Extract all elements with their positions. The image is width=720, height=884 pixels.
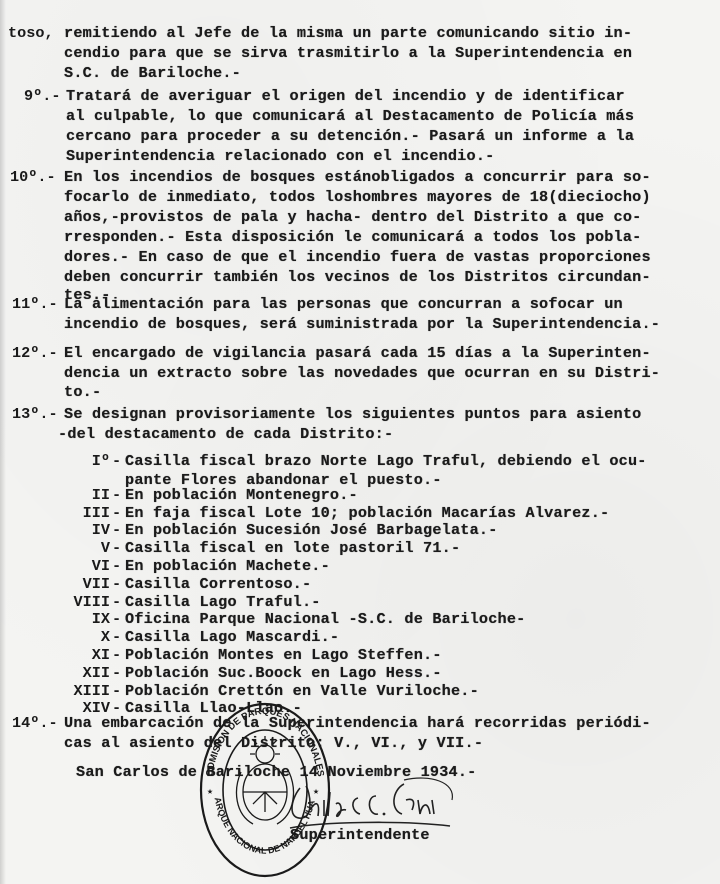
- district-numeral: VIII: [0, 593, 110, 611]
- text-line: años,-provistos de pala y hacha- dentro …: [64, 208, 641, 226]
- district-text: En faja fiscal Lote 10; población Macarí…: [125, 504, 609, 522]
- district-dash: -: [112, 539, 121, 557]
- text-line: En los incendios de bosques estánobligad…: [64, 168, 651, 186]
- district-text: Casilla fiscal brazo Norte Lago Traful, …: [125, 452, 647, 470]
- article-number: 9º.-: [24, 87, 60, 105]
- district-text: Población Crettón en Valle Vuriloche.-: [125, 682, 479, 700]
- district-numeral: VII: [0, 575, 110, 593]
- district-text: Población Montes en Lago Steffen.-: [125, 646, 442, 664]
- text-line: incendio de bosques, será suministrada p…: [64, 315, 660, 333]
- text-line: to.-: [64, 383, 101, 401]
- district-dash: -: [112, 628, 121, 646]
- stamp-star-icon: ★: [313, 787, 319, 798]
- district-text: Casilla Correntoso.-: [125, 575, 311, 593]
- district-text: En población Sucesión José Barbagelata.-: [125, 521, 498, 539]
- district-dash: -: [112, 575, 121, 593]
- article-number: 14º.-: [12, 714, 58, 732]
- official-stamp: COMISION DE PARQUES NACIONALES PARQUE NA…: [197, 700, 332, 880]
- district-numeral: VI: [0, 557, 110, 575]
- district-dash: -: [112, 504, 121, 522]
- district-text: Población Suc.Boock en Lago Hess.-: [125, 664, 442, 682]
- text-line: Una embarcación de la Superintendencia h…: [64, 714, 651, 732]
- text-line: La alimentación para las personas que co…: [64, 295, 623, 313]
- coat-of-arms-icon: [237, 736, 294, 824]
- continuation-lead: toso,: [8, 24, 54, 42]
- stamp-star-icon: ★: [207, 787, 213, 798]
- text-line: dencia un extracto sobre las novedades q…: [64, 364, 660, 382]
- text-line: S.C. de Bariloche.-: [64, 64, 241, 82]
- district-dash: -: [112, 486, 121, 504]
- text-line: rresponden.- Esta disposición le comunic…: [64, 228, 641, 246]
- article-number: 11º.-: [12, 295, 58, 313]
- district-dash: -: [112, 452, 121, 470]
- district-numeral: IX: [0, 610, 110, 628]
- district-text: Casilla fiscal en lote pastoril 71.-: [125, 539, 460, 557]
- district-numeral: III: [0, 504, 110, 522]
- district-dash: -: [112, 664, 121, 682]
- district-text: En población Machete.-: [125, 557, 330, 575]
- district-text: En población Montenegro.-: [125, 486, 358, 504]
- district-numeral: Iº: [0, 452, 110, 470]
- article-number: 13º.-: [12, 405, 58, 423]
- district-dash: -: [112, 646, 121, 664]
- district-numeral: X: [0, 628, 110, 646]
- document-page: toso, remitiendo al Jefe de la misma un …: [0, 0, 720, 884]
- text-line: Tratará de averiguar el origen del incen…: [66, 87, 625, 105]
- text-line: remitiendo al Jefe de la misma un parte …: [64, 24, 632, 42]
- district-numeral: IV: [0, 521, 110, 539]
- text-line: cercano para proceder a su detención.- P…: [66, 127, 634, 145]
- svg-text:COMISION DE PARQUES NACIONALES: COMISION DE PARQUES NACIONALES: [204, 706, 326, 777]
- district-text: Oficina Parque Nacional -S.C. de Bariloc…: [125, 610, 526, 628]
- article-number: 12º.-: [12, 344, 58, 362]
- district-numeral: V: [0, 539, 110, 557]
- text-line: dores.- En caso de que el incendio fuera…: [64, 248, 651, 266]
- district-text: Casilla Lago Traful.-: [125, 593, 321, 611]
- district-dash: -: [112, 593, 121, 611]
- district-dash: -: [112, 557, 121, 575]
- text-line: al culpable, lo que comunicará al Destac…: [66, 107, 634, 125]
- district-numeral: XI: [0, 646, 110, 664]
- district-numeral: XII: [0, 664, 110, 682]
- text-line: -del destacamento de cada Distrito:-: [58, 425, 393, 443]
- stamp-top-text: COMISION DE PARQUES NACIONALES: [204, 706, 326, 777]
- district-numeral: II: [0, 486, 110, 504]
- text-line: Superintendencia relacionado con el ince…: [66, 147, 494, 165]
- district-numeral: XIII: [0, 682, 110, 700]
- district-dash: -: [112, 521, 121, 539]
- text-line: cendio para que se sirva trasmitirlo a l…: [64, 44, 632, 62]
- district-text: Casilla Lago Mascardi.-: [125, 628, 339, 646]
- text-line: focarlo de inmediato, todos loshombres m…: [64, 188, 651, 206]
- text-line: deben concurrir también los vecinos de l…: [64, 268, 651, 286]
- district-dash: -: [112, 682, 121, 700]
- district-dash: -: [112, 610, 121, 628]
- scan-edge: [0, 0, 6, 884]
- article-number: 10º.-: [10, 168, 56, 186]
- text-line: Se designan provisoriamente los siguient…: [64, 405, 641, 423]
- text-line: El encargado de vigilancia pasará cada 1…: [64, 344, 651, 362]
